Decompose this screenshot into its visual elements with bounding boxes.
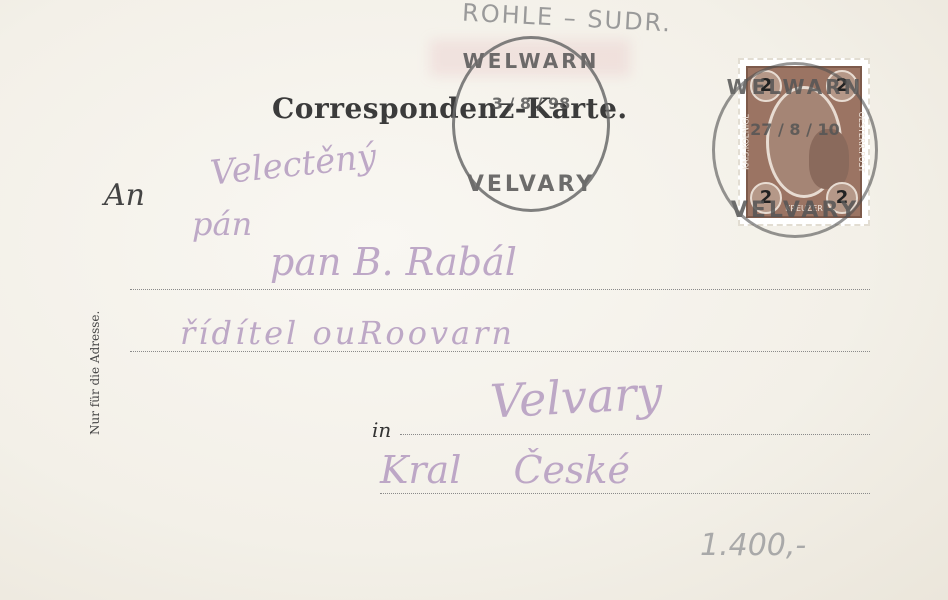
postcard-back: ROHLE – SUDR. Correspondenz-Karte. WELWA…	[0, 0, 948, 600]
in-label: in	[372, 418, 391, 442]
handwriting-line-4: řídítel ouRoovarn	[180, 314, 515, 352]
handwriting-line-3: pan B. Rabál	[270, 240, 517, 284]
handwriting-line-5: Velvary	[489, 366, 664, 429]
handwriting-line-6: Kral České	[380, 448, 630, 492]
pencil-note-top: ROHLE – SUDR.	[461, 0, 672, 37]
postmark-right-bottom-text: VELVARY	[715, 198, 875, 223]
recipient-prefix: An	[104, 178, 145, 213]
postmark-left: WELWARN 3 / 8 / 98 VELVARY	[452, 36, 610, 212]
postmark-right-top-text: WELWARN	[715, 75, 875, 99]
handwriting-line-2: pán	[192, 205, 252, 243]
side-label: Nur für die Adresse.	[88, 311, 102, 435]
postmark-left-bottom-text: VELVARY	[455, 172, 607, 197]
postmark-right: WELWARN 27 / 8 / 10 VELVARY	[712, 62, 878, 238]
postmark-left-date: 3 / 8 / 98	[455, 95, 607, 113]
postmark-left-top-text: WELWARN	[455, 49, 607, 73]
address-line-4	[380, 493, 870, 494]
pencil-price: 1.400,-	[700, 528, 806, 563]
handwriting-line-1: Velectěný	[208, 136, 378, 193]
address-line-1	[130, 289, 870, 290]
postmark-right-date: 27 / 8 / 10	[715, 121, 875, 139]
address-line-3	[400, 434, 870, 435]
